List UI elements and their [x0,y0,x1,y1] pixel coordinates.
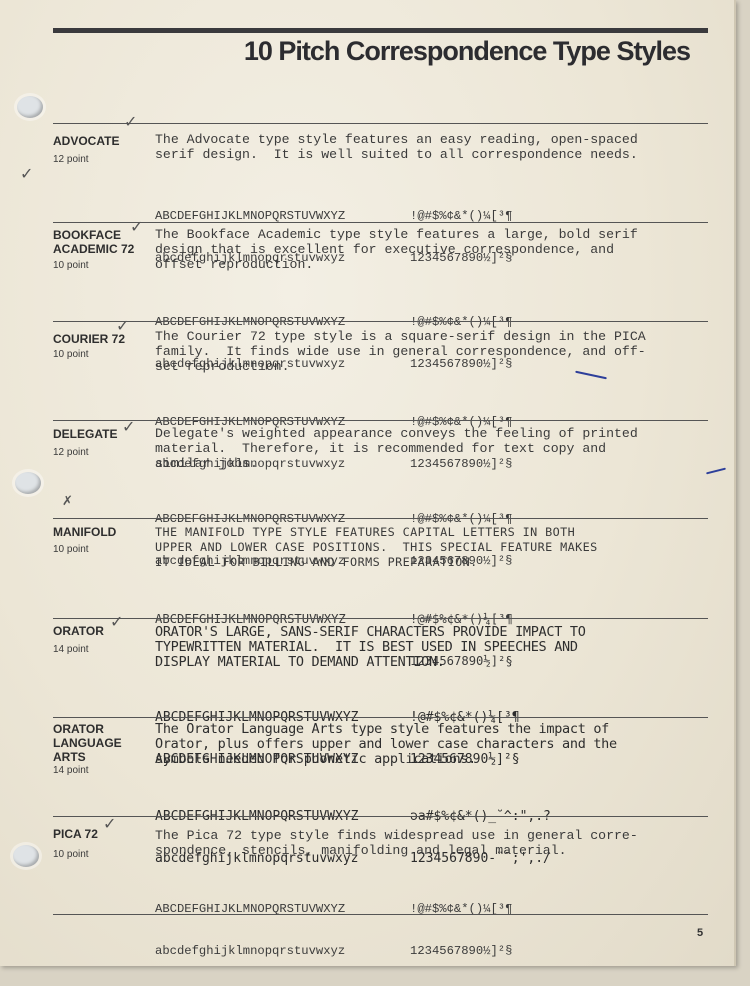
check-mark-icon: ✓ [20,164,33,183]
check-mark-icon: ✓ [103,814,116,833]
character-sample: ABCDEFGHIJKLMNOPQRSTUVWXYZ!@#$%¢&*()¼[³¶… [155,874,715,969]
point-size: 14 point [53,765,89,776]
punch-hole [13,845,39,867]
point-size: 10 point [53,544,89,555]
style-description: The Courier 72 type style is a square-se… [155,329,715,374]
type-style-entry: ORATOR LANGUAGE ARTS 14 point The Orator… [53,717,708,818]
style-description: THE MANIFOLD TYPE STYLE FEATURES CAPITAL… [155,525,715,570]
check-mark-icon: ✓ [124,112,137,131]
point-size: 12 point [53,154,89,165]
point-size: 10 point [53,260,89,271]
type-style-entry: MANIFOLD 10 point THE MANIFOLD TYPE STYL… [53,518,708,619]
check-mark-icon: ✓ [110,612,123,631]
style-name: COURIER 72 [53,332,148,346]
type-style-entry: ORATOR 14 point ORATOR'S LARGE, SANS-SER… [53,618,708,719]
check-mark-icon: ✓ [122,417,135,436]
symbol-sample: !@#$%¢&*()¼[³¶ [410,209,512,223]
point-size: 14 point [53,644,89,655]
point-size: 10 point [53,349,89,360]
point-size: 10 point [53,849,89,860]
type-style-entry: ADVOCATE 12 point The Advocate type styl… [53,123,708,224]
catalog-page: 10 Pitch Correspondence Type Styles ADVO… [0,0,736,966]
style-description: The Orator Language Arts type style feat… [155,722,715,767]
style-description: The Bookface Academic type style feature… [155,227,715,272]
style-description: The Pica 72 type style finds widespread … [155,828,715,858]
type-style-entry: BOOKFACE ACADEMIC 72 10 point The Bookfa… [53,222,708,323]
bottom-rule [53,914,708,915]
style-description: The Advocate type style features an easy… [155,132,715,162]
point-size: 12 point [53,447,89,458]
check-mark-icon: ✓ [130,217,143,236]
page-number: 5 [697,927,703,939]
uppercase-sample: ABCDEFGHIJKLMNOPQRSTUVWXYZ [155,209,410,223]
style-description: Delegate's weighted appearance conveys t… [155,426,715,471]
style-name: ORATOR LANGUAGE ARTS [53,722,148,764]
style-description: ORATOR'S LARGE, SANS-SERIF CHARACTERS PR… [155,625,715,670]
top-rule [53,28,708,33]
style-name: ORATOR [53,624,148,638]
page-title: 10 Pitch Correspondence Type Styles [244,36,690,67]
type-style-entry: COURIER 72 10 point The Courier 72 type … [53,321,708,422]
punch-hole [17,96,43,118]
check-mark-icon: ✓ [116,316,129,335]
type-style-entry: PICA 72 10 point The Pica 72 type style … [53,816,708,915]
punch-hole [15,472,41,494]
style-name: PICA 72 [53,827,148,841]
number-sample: 1234567890½]²§ [410,944,512,958]
style-name: ADVOCATE [53,134,148,148]
style-name: MANIFOLD [53,525,148,539]
type-style-entry: DELEGATE 12 point Delegate's weighted ap… [53,420,708,521]
x-mark-icon: ✗ [62,494,73,509]
lowercase-sample: abcdefghijklmnopqrstuvwxyz [155,944,410,958]
